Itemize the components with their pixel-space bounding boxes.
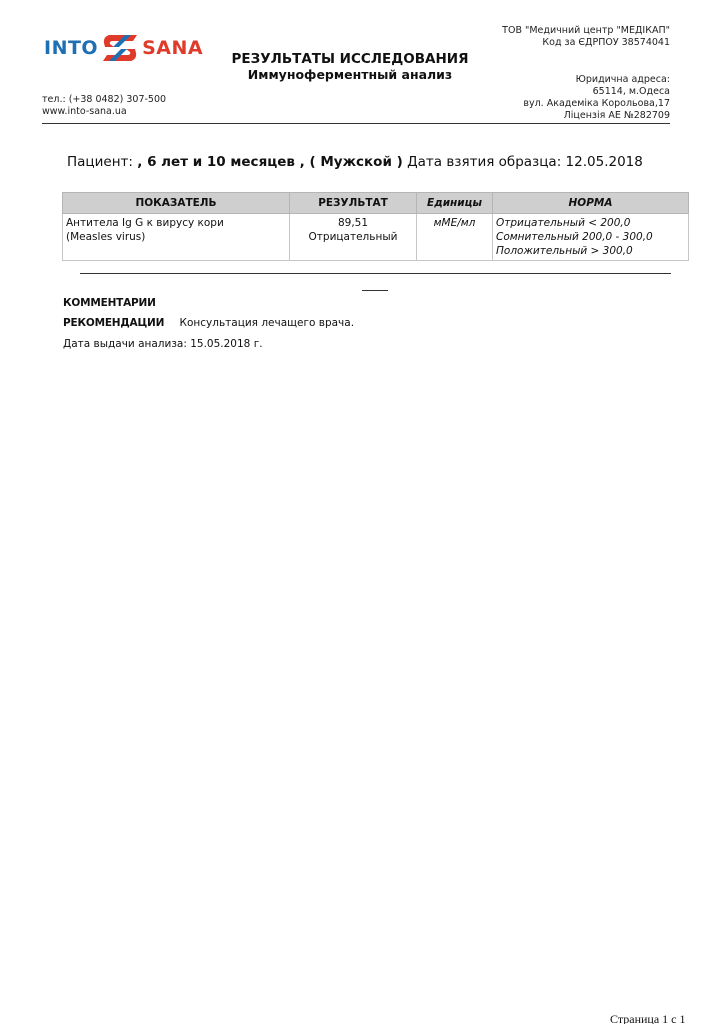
organization-edrpou: Код за ЄДРПОУ 38574041: [502, 37, 670, 49]
result-value: 89,51: [293, 216, 413, 230]
column-header-result: РЕЗУЛЬТАТ: [290, 193, 417, 214]
result-cell: 89,51 Отрицательный: [290, 214, 417, 261]
column-header-indicator: ПОКАЗАТЕЛЬ: [63, 193, 290, 214]
patient-line: Пациент: , 6 лет и 10 месяцев , ( Мужско…: [67, 154, 643, 170]
sample-date: 12.05.2018: [566, 154, 643, 170]
recommendations-text: Консультация лечащего врача.: [180, 317, 355, 329]
address-city: 65114, м.Одеса: [523, 86, 670, 98]
clinic-logo: INTO SANA: [44, 33, 203, 63]
indicator-name: Антитела Ig G к вирусу кори: [66, 216, 286, 230]
norm-cell: Отрицательный < 200,0 Сомнительный 200,0…: [493, 214, 689, 261]
sample-date-label: Дата взятия образца:: [407, 154, 561, 170]
organization-info: ТОВ "Медичний центр "МЕДІКАП" Код за ЄДР…: [502, 25, 670, 49]
address-label: Юридична адреса:: [523, 74, 670, 86]
norm-negative: Отрицательный < 200,0: [496, 216, 685, 230]
units-cell: мМЕ/мл: [417, 214, 493, 261]
address-license: Ліцензія АЕ №282709: [523, 110, 670, 122]
results-table: ПОКАЗАТЕЛЬ РЕЗУЛЬТАТ Единицы НОРМА Антит…: [62, 192, 689, 261]
page-number: Страница 1 с 1: [610, 1012, 685, 1024]
clinic-phone: тел.: (+38 0482) 307-500: [42, 94, 166, 106]
issue-date-line: Дата выдачи анализа: 15.05.2018 г.: [63, 338, 263, 350]
issue-date-label: Дата выдачи анализа:: [63, 338, 187, 350]
issue-date: 15.05.2018 г.: [190, 338, 262, 350]
recommendations: РЕКОМЕНДАЦИИ Консультация лечащего врача…: [63, 317, 354, 329]
short-divider: [362, 290, 388, 291]
norm-doubtful: Сомнительный 200,0 - 300,0: [496, 230, 685, 244]
section-divider: [80, 273, 671, 274]
document-subtitle: Иммуноферментный анализ: [200, 67, 500, 83]
patient-label: Пациент:: [67, 154, 133, 170]
logo-s-icon: [101, 33, 139, 63]
column-header-units: Единицы: [417, 193, 493, 214]
document-title: РЕЗУЛЬТАТЫ ИССЛЕДОВАНИЯ: [200, 51, 500, 67]
indicator-cell: Антитела Ig G к вирусу кори (Measles vir…: [63, 214, 290, 261]
address-street: вул. Академіка Корольова,17: [523, 98, 670, 110]
table-row: Антитела Ig G к вирусу кори (Measles vir…: [63, 214, 689, 261]
legal-address: Юридична адреса: 65114, м.Одеса вул. Ака…: [523, 74, 670, 122]
logo-word-sana: SANA: [142, 37, 203, 59]
norm-positive: Положительный > 300,0: [496, 244, 685, 258]
result-interpretation: Отрицательный: [293, 230, 413, 244]
logo-word-into: INTO: [44, 37, 98, 59]
organization-name: ТОВ "Медичний центр "МЕДІКАП": [502, 25, 670, 37]
recommendations-label: РЕКОМЕНДАЦИИ: [63, 317, 164, 329]
indicator-name-latin: (Measles virus): [66, 230, 286, 244]
document-title-block: РЕЗУЛЬТАТЫ ИССЛЕДОВАНИЯ Иммуноферментный…: [200, 51, 500, 83]
clinic-contacts: тел.: (+38 0482) 307-500 www.into-sana.u…: [42, 94, 166, 118]
results-table-header: ПОКАЗАТЕЛЬ РЕЗУЛЬТАТ Единицы НОРМА: [63, 193, 689, 214]
column-header-norm: НОРМА: [493, 193, 689, 214]
patient-age-sex: , 6 лет и 10 месяцев , ( Мужской ): [137, 154, 403, 170]
header-divider: [42, 123, 670, 124]
clinic-website: www.into-sana.ua: [42, 106, 166, 118]
comments-label: КОММЕНТАРИИ: [63, 297, 156, 309]
